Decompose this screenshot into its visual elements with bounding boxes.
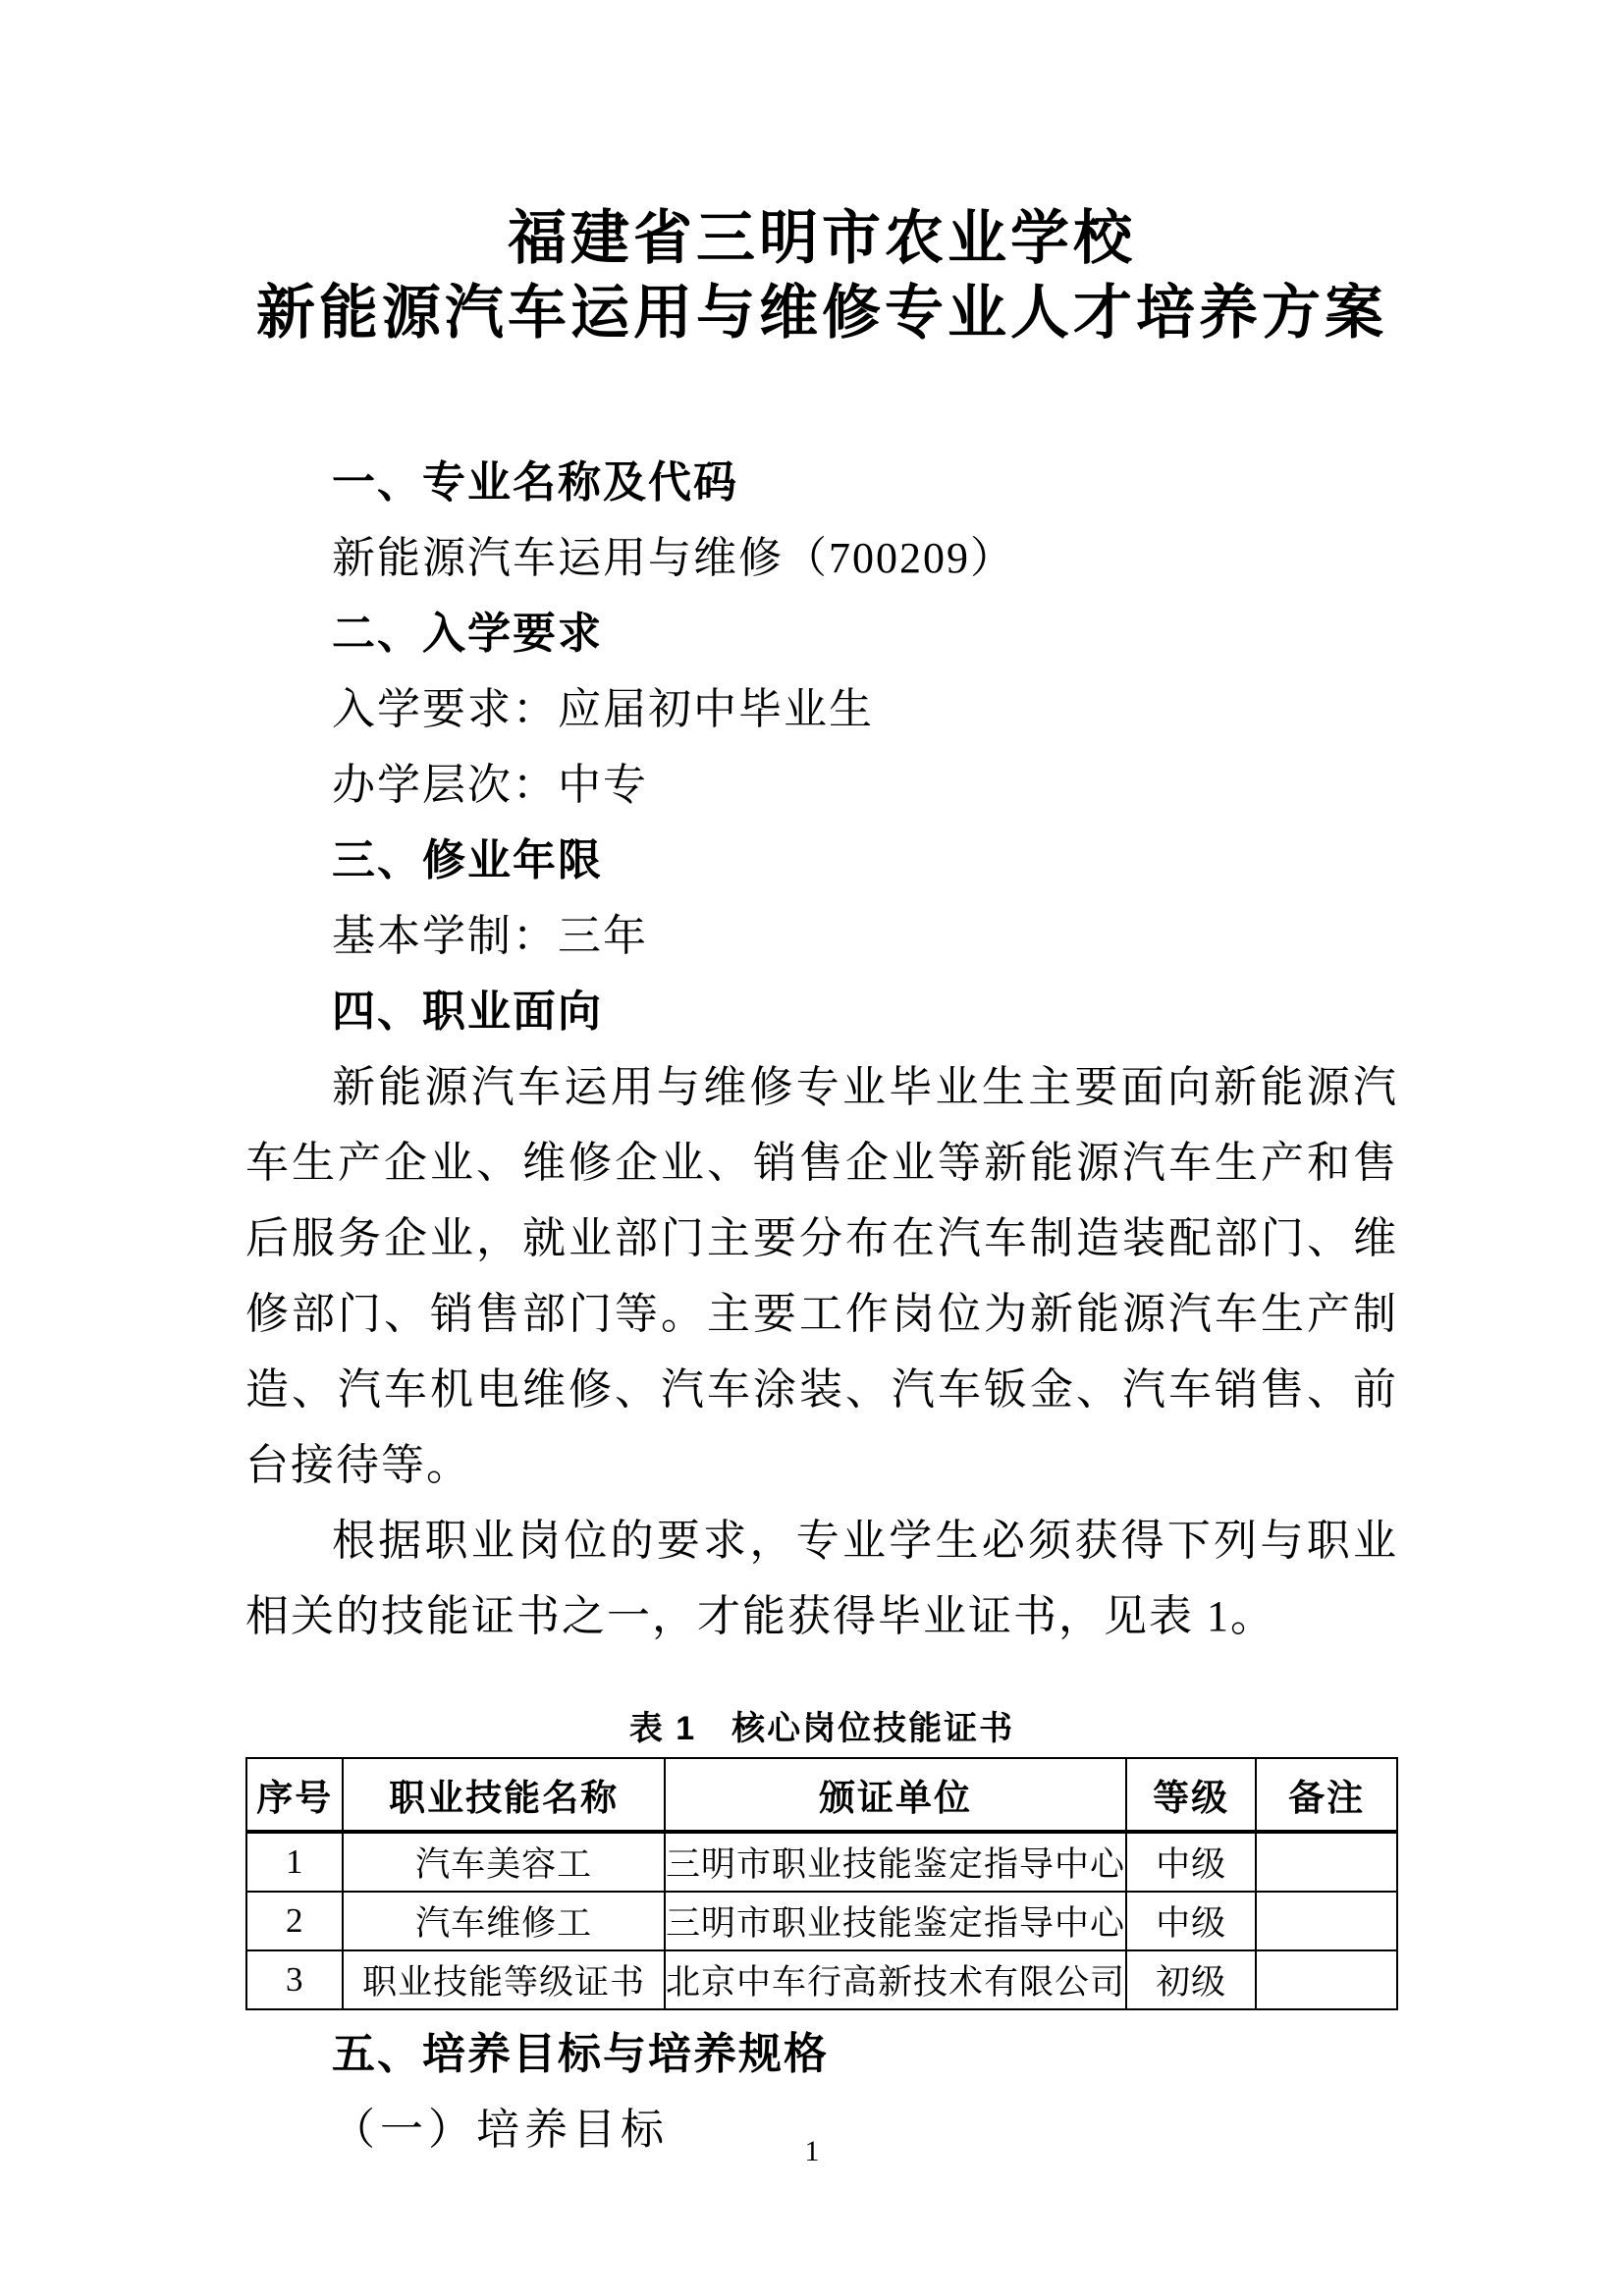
entry-requirement-line: 入学要求：应届初中毕业生 [245,671,1398,747]
table-row: 2汽车维修工三明市职业技能鉴定指导中心中级 [246,1892,1397,1950]
col-header-index: 序号 [246,1758,343,1832]
table-cell: 三明市职业技能鉴定指导中心 [665,1892,1126,1950]
skill-certificate-table: 序号 职业技能名称 颁证单位 等级 备注 1汽车美容工三明市职业技能鉴定指导中心… [245,1757,1398,2010]
table-row: 3职业技能等级证书北京中车行高新技术有限公司初级 [246,1950,1397,2009]
table-cell [1256,1892,1397,1950]
certificate-requirement-paragraph: 根据职业岗位的要求，专业学生必须获得下列与职业相关的技能证书之一，才能获得毕业证… [245,1503,1398,1654]
col-header-remarks: 备注 [1256,1758,1397,1832]
table-cell: 2 [246,1892,343,1950]
document-title: 福建省三明市农业学校 新能源汽车运用与维修专业人才培养方案 [245,201,1398,350]
skill-table-header: 序号 职业技能名称 颁证单位 等级 备注 [246,1758,1397,1832]
table-cell [1256,1832,1397,1892]
page-number: 1 [0,2137,1624,2166]
document-page: 福建省三明市农业学校 新能源汽车运用与维修专业人才培养方案 一、专业名称及代码 … [0,0,1624,2296]
table-cell [1256,1950,1397,2009]
table-cell: 3 [246,1950,343,2009]
table-cell: 职业技能等级证书 [343,1950,664,2009]
table-cell: 中级 [1126,1892,1256,1950]
title-line-2: 新能源汽车运用与维修专业人才培养方案 [245,276,1398,350]
table-cell: 中级 [1126,1832,1256,1892]
study-length-line: 基本学制：三年 [245,898,1398,974]
title-line-1: 福建省三明市农业学校 [245,201,1398,276]
table-cell: 1 [246,1832,343,1892]
table-cell: 北京中车行高新技术有限公司 [665,1950,1126,2009]
heading-section-5-training-goals: 五、培养目标与培养规格 [245,2016,1398,2092]
col-header-grade: 等级 [1126,1758,1256,1832]
heading-section-3-study-period: 三、修业年限 [245,823,1398,898]
skill-table-body: 1汽车美容工三明市职业技能鉴定指导中心中级2汽车维修工三明市职业技能鉴定指导中心… [246,1832,1397,2009]
table-header-row: 序号 职业技能名称 颁证单位 等级 备注 [246,1758,1397,1832]
heading-section-4-career-orientation: 四、职业面向 [245,974,1398,1049]
col-header-issuing-unit: 颁证单位 [665,1758,1126,1832]
table-cell: 汽车维修工 [343,1892,664,1950]
major-name-code-line: 新能源汽车运用与维修（700209） [245,520,1398,596]
page-content: 福建省三明市农业学校 新能源汽车运用与维修专业人才培养方案 一、专业名称及代码 … [245,0,1398,2167]
col-header-skill-name: 职业技能名称 [343,1758,664,1832]
table-cell: 汽车美容工 [343,1832,664,1892]
heading-section-2-entry-requirements: 二、入学要求 [245,596,1398,671]
table-caption: 表 1 核心岗位技能证书 [245,1709,1398,1748]
school-level-line: 办学层次：中专 [245,747,1398,823]
table-row: 1汽车美容工三明市职业技能鉴定指导中心中级 [246,1832,1397,1892]
table-cell: 初级 [1126,1950,1256,2009]
table-cell: 三明市职业技能鉴定指导中心 [665,1832,1126,1892]
heading-section-1-major-name-code: 一、专业名称及代码 [245,445,1398,520]
career-orientation-paragraph: 新能源汽车运用与维修专业毕业生主要面向新能源汽车生产企业、维修企业、销售企业等新… [245,1049,1398,1503]
